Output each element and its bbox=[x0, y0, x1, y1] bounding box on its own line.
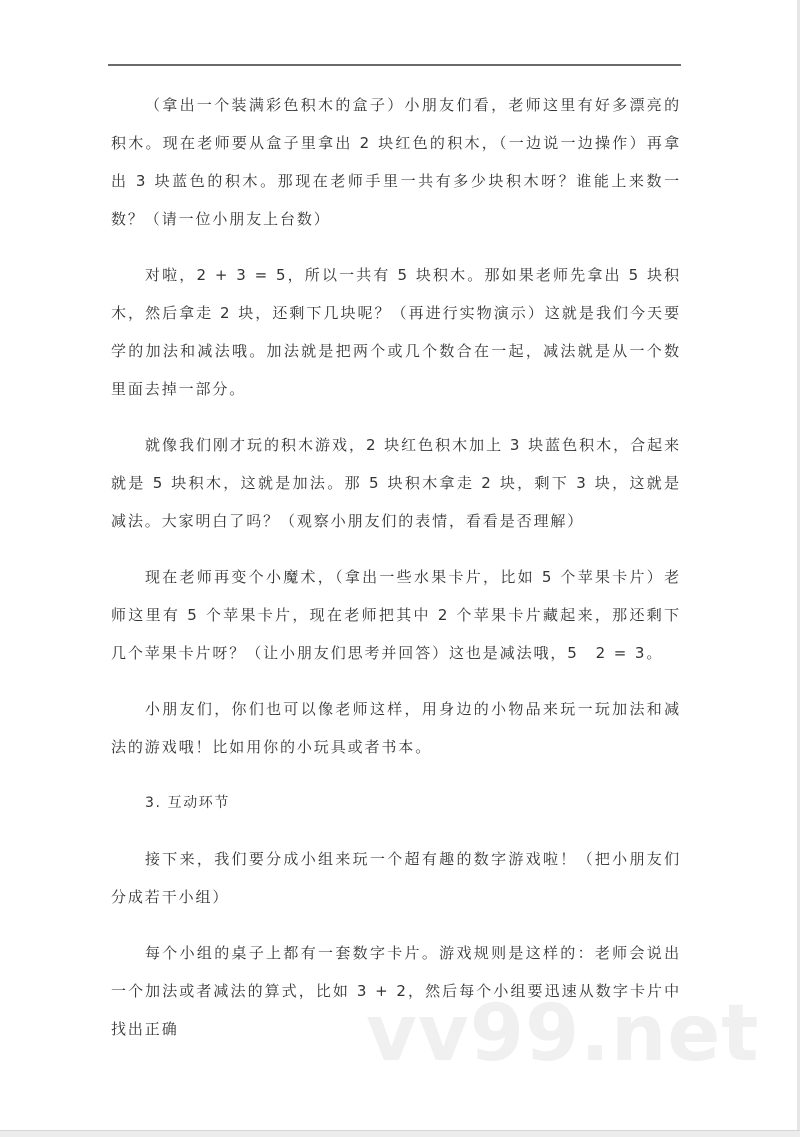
paragraph-blocks-recap: 就像我们刚才玩的积木游戏，2 块红色积木加上 3 块蓝色积木，合起来就是 5 块… bbox=[111, 426, 681, 540]
document-page: （拿出一个装满彩色积木的盒子）小朋友们看，老师这里有好多漂亮的积木。现在老师要从… bbox=[0, 0, 800, 1130]
paragraph-group-game: 接下来，我们要分成小组来玩一个超有趣的数字游戏啦！（把小朋友们分成若干小组） bbox=[111, 840, 681, 916]
paragraph-blocks-demo: （拿出一个装满彩色积木的盒子）小朋友们看，老师这里有好多漂亮的积木。现在老师要从… bbox=[111, 86, 681, 238]
paragraph-try-at-home: 小朋友们，你们也可以像老师这样，用身边的小物品来玩一玩加法和减法的游戏哦！比如用… bbox=[111, 690, 681, 766]
watermark: vv99.net bbox=[366, 995, 760, 1073]
paragraph-apple-cards-magic: 现在老师再变个小魔术，（拿出一些水果卡片，比如 5 个苹果卡片）老师这里有 5 … bbox=[111, 558, 681, 672]
paragraph-addition-subtraction-intro: 对啦，2 + 3 = 5，所以一共有 5 块积木。那如果老师先拿出 5 块积木，… bbox=[111, 256, 681, 408]
document-body: （拿出一个装满彩色积木的盒子）小朋友们看，老师这里有好多漂亮的积木。现在老师要从… bbox=[111, 86, 681, 1048]
section-heading-interaction: 3. 互动环节 bbox=[111, 784, 681, 822]
header-rule bbox=[108, 64, 681, 66]
page-bottom-edge bbox=[0, 1130, 800, 1137]
